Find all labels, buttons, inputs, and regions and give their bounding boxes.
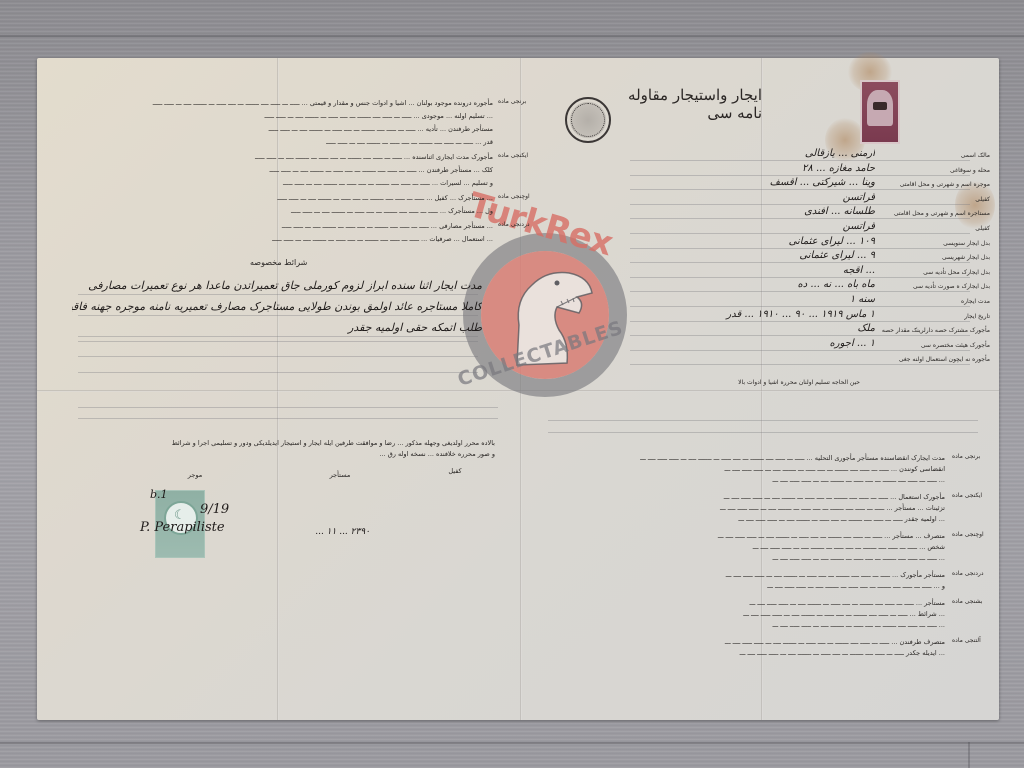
- article-text-line: و تسلیم ... لسیرات ... ـــــ ـــ ـــــ ـ…: [75, 178, 493, 189]
- form-field-value: طلسانه ... افندی: [640, 205, 875, 218]
- form-field-label: کفیلی: [880, 223, 990, 234]
- form-field-value: وینا ... شیرکتی ... اقسف: [640, 176, 875, 189]
- form-field-label: بدل ایجار شهریسی: [880, 252, 990, 263]
- ruled-line: [78, 407, 498, 408]
- form-field-value: قراتسن: [640, 220, 875, 233]
- fold-line: [37, 390, 999, 392]
- form-field-value: ارمنی ... یازقالی: [640, 147, 875, 160]
- form-field-label: محله و سوقاغی: [880, 165, 990, 176]
- article-label: اوچنجی ماده: [952, 531, 984, 538]
- article-text-line: ... اولمیه جقدر ـــــ ـــ ـــــ ــــ ـــ…: [550, 514, 945, 525]
- form-field-label: مدت ایجاره: [880, 296, 990, 307]
- ottoman-revenue-stamp-red: [860, 80, 900, 144]
- article-text-line: مأجوره درونده موجود بولنان ... اشیا و اد…: [75, 98, 493, 109]
- article-text-line: مستأجر مأجورک ... ـــــ ـــ ـــــ ــــ ـ…: [550, 570, 945, 581]
- wood-plank-seam: [0, 35, 1024, 37]
- tughra-seal-icon: [565, 97, 611, 143]
- article-label: بشنجی ماده: [952, 598, 982, 605]
- article-text-line: ... ایدیله جکدر ـــــ ـــ ـــــ ــــ ـــ…: [550, 648, 945, 659]
- form-field-value: قراتسن: [640, 191, 875, 204]
- ruled-line: [78, 356, 478, 357]
- article-text-line: ... شرائط ... ـــــ ـــ ـــــ ــــ ـــــ…: [550, 609, 945, 620]
- article-text-line: مأجورک مدت ایجاری اثناسنده ... ـــــ ـــ…: [75, 152, 493, 163]
- form-field-label: بدل ایجار سنویسی: [880, 238, 990, 249]
- ruled-line: [78, 315, 478, 316]
- article-text-line: کلک ... مستأجر طرفندن ... ـــــ ـــ ــــ…: [75, 165, 493, 176]
- form-footnote: حین الحاجه تسلیم اولنان محرره اشیا و ادو…: [640, 377, 860, 388]
- form-field-value: سنه ۱: [640, 293, 875, 306]
- article-text-line: ... ـــــ ـــ ـــــ ــــ ـــــــ ـــ ـــ…: [550, 620, 945, 631]
- article-label: برنجی ماده: [498, 98, 526, 105]
- article-text-line: ... ـــــ ـــ ـــــ ــــ ـــــــ ـــ ـــ…: [550, 553, 945, 564]
- article-text-line: ... مستأجرک ... کفیل ... ـــــ ـــ ـــــ…: [75, 193, 493, 204]
- form-field-label: تاریخ ایجار: [880, 311, 990, 322]
- form-field-label: بدل ایجارک ه صورت تأدیه سی: [880, 281, 990, 292]
- article-text-line: متصرف طرفندن ... ـــــ ـــ ـــــ ــــ ــ…: [550, 637, 945, 648]
- signature: P. Perapiliste: [140, 520, 225, 535]
- article-text-line: و ... ـــــ ـــ ـــــ ــــ ـــــــ ـــ ـ…: [550, 581, 945, 592]
- article-label: ایکنجی ماده: [498, 152, 528, 159]
- ruled-line: [548, 432, 978, 433]
- form-field-value: ... اقجه: [640, 264, 875, 277]
- ruled-line: [548, 420, 978, 421]
- wood-plank-seam: [0, 742, 1024, 744]
- article-text-line: مستأجر طرفندن ... تأدیه ... ـــــ ـــ ــ…: [75, 124, 493, 135]
- document-title: ایجار واستیجار مقاوله نامه سی: [612, 86, 762, 122]
- form-field-value: ۱ ... اجوره: [640, 337, 875, 350]
- lessee-mark: ۲۳۹۰ ... ۱۱ ...: [280, 527, 370, 538]
- lessor-label: موجر: [180, 470, 210, 481]
- form-field-value: ۱۰۹ ... لیرای عثمانی: [640, 235, 875, 248]
- article-label: برنجی ماده: [952, 453, 980, 460]
- handwritten-mark: b.1: [150, 488, 168, 501]
- form-field-label: مستاجره اسم و شهرتی و محل اقامتی: [880, 208, 990, 219]
- form-field-label: بدل ایجارک محل تأدیه سی: [880, 267, 990, 278]
- article-text-line: ... استعمال ... صرفیات ... ـــــ ـــ ـــ…: [75, 234, 493, 245]
- article-text-line: شخص ... ـــــ ـــ ـــــ ــــ ـــــــ ـــ…: [550, 542, 945, 553]
- article-label: دردنجی ماده: [498, 221, 530, 228]
- ruled-line: [78, 418, 498, 419]
- form-field-label: مأجوره نه ایچون استعمال اولنه جغی: [880, 354, 990, 365]
- form-field-value: حامد مغازه ... ۲۸: [640, 162, 875, 175]
- special-condition-line: مدت ایجار اثنا سنده ابراز لزوم کورملی جا…: [72, 278, 482, 294]
- ruled-line: [78, 372, 478, 373]
- article-label: آلتنجی ماده: [952, 637, 981, 644]
- ruled-line: [78, 341, 478, 342]
- closing-text-line: بالاده محرر اولدیغی وجهله مذکور ... رضا …: [70, 438, 495, 449]
- form-field-value: ماه باه ... نه ... ده: [640, 278, 875, 291]
- form-field-value: ۱ ماس ۱۹۱۹ ... ۹۰ ... ۱۹۱۰ ... قدر: [640, 308, 875, 321]
- article-text-line: مدت ایجارک انقضاسنده مستأجر مأجوری التحل…: [550, 453, 945, 464]
- article-text-line: متصرف ... مستأجر ... ـــــ ـــ ـــــ ـــ…: [550, 531, 945, 542]
- lessee-label: مستأجر: [320, 470, 360, 481]
- form-field-label: مالک اسمی: [880, 150, 990, 161]
- article-text-line: مستأجر ... ـــــ ـــ ـــــ ــــ ـــــــ …: [550, 598, 945, 609]
- special-conditions-title: شرائط مخصوصه: [250, 258, 307, 267]
- guarantor-label: کفیل: [440, 466, 470, 477]
- form-field-value: ملک: [640, 322, 875, 335]
- ruled-line: [78, 336, 478, 337]
- special-condition-line: کاملا مستاجره عائد اولمق بوندن طولایی مس…: [72, 299, 482, 315]
- special-condition-line: طلب اتمکه حقی اولمیه جقدر: [72, 320, 482, 336]
- article-text-line: ول ... مستأجرک ... ـــــ ـــ ـــــ ــــ …: [75, 206, 493, 217]
- article-text-line: ... مستأجر مصارفی ... ـــــ ـــ ـــــ ــ…: [75, 221, 493, 232]
- form-field-label: کفیلی: [880, 194, 990, 205]
- article-text-line: مأجورک استعمال ... ـــــ ـــ ـــــ ــــ …: [550, 492, 945, 503]
- article-text-line: قدر ... ـــــ ـــ ـــــ ــــ ـــــــ ـــ…: [75, 137, 493, 148]
- form-field-label: مأجورک مشترک حصه دارلرینک مقدار حصه سی: [880, 325, 990, 336]
- handwritten-date: 9/19: [200, 502, 229, 517]
- form-field-value: ۹ ... لیرای عثمانی: [640, 249, 875, 262]
- closing-text-line: و صور محرره خلافنده ... نسخه اوله رق ...: [70, 449, 495, 460]
- wood-plank-seam: [968, 742, 970, 768]
- article-label: اوچنجی ماده: [498, 193, 530, 200]
- article-text-line: انقضاسی کونندن ... ـــــ ـــ ـــــ ــــ …: [550, 464, 945, 475]
- article-label: ایکنجی ماده: [952, 492, 982, 499]
- form-field-label: موجره اسم و شهرتی و محل اقامتی: [880, 179, 990, 190]
- form-field-label: مأجورک هیئت مختصره سی: [880, 340, 990, 351]
- article-label: دردنجی ماده: [952, 570, 984, 577]
- article-text-line: ... تسلیم اولنه ... موجودی ... ـــــ ـــ…: [75, 111, 493, 122]
- ruled-line: [78, 294, 478, 295]
- article-text-line: ... ـــــ ـــ ـــــ ــــ ـــــــ ـــ ـــ…: [550, 475, 945, 486]
- article-text-line: تزئینات ... مستأجر ... ـــــ ـــ ـــــ ـ…: [550, 503, 945, 514]
